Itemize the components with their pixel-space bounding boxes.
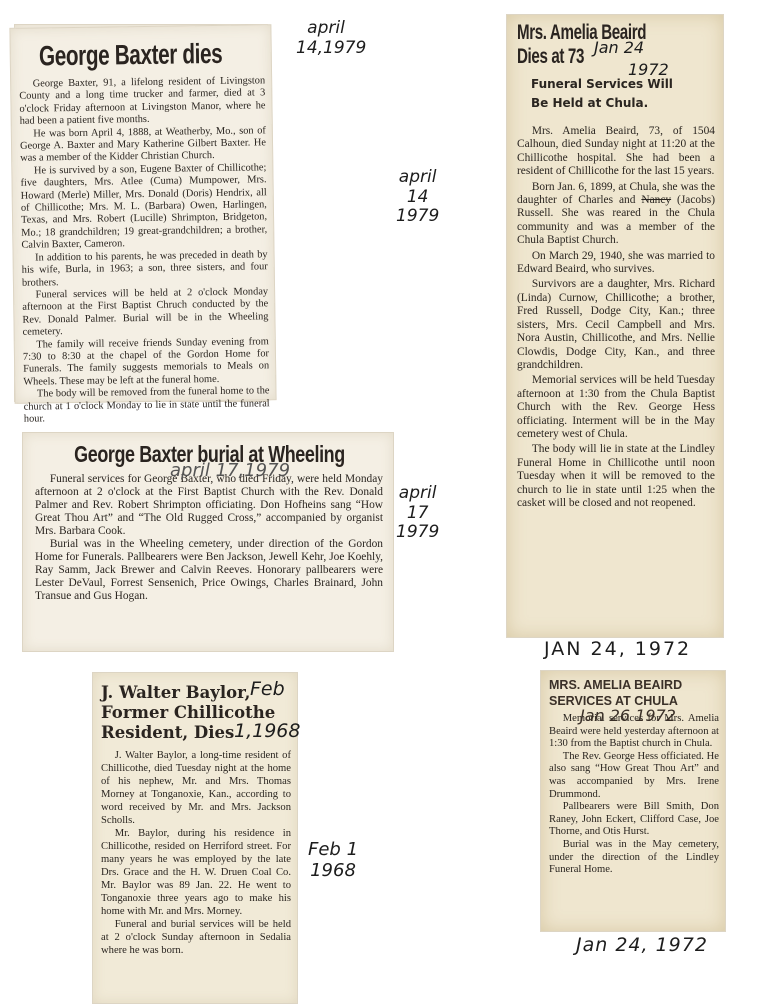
paragraph: Mrs. Amelia Beaird, 73, of 1504 Calhoun,… <box>517 125 715 179</box>
paragraph: Funeral services for George Baxter, who … <box>35 473 383 538</box>
paragraph: The body will lie in state at the Lindle… <box>517 443 715 510</box>
paragraph: The family will receive friends Sunday e… <box>23 336 270 389</box>
beaird-dies-clipping: Mrs. Amelia Beaird Dies at 73 Funeral Se… <box>506 14 724 638</box>
baylor-handwritten-date-2: 1,1968 <box>234 722 300 741</box>
paragraph: George Baxter, 91, a lifelong resident o… <box>19 75 266 128</box>
beaird-dies-handwritten-date-2: 1972 <box>628 62 669 78</box>
baxter-dies-clipping: George Baxter dies George Baxter, 91, a … <box>9 24 276 404</box>
paragraph: The Rev. George Hess officiated. He also… <box>549 751 719 801</box>
baylor-body: J. Walter Baylor, a long-time resident o… <box>101 749 291 957</box>
margin-note-baxter-burial: april 17 1979 <box>396 484 439 543</box>
baxter-dies-handwritten-date: april 14,1979 <box>296 18 356 58</box>
beaird-dies-handwritten-date-1: Jan 24 <box>594 40 644 56</box>
beaird-services-handwritten-date: Jan 26 1972 <box>580 708 676 724</box>
paragraph: Burial was in the May cemetery, under th… <box>549 839 719 877</box>
paragraph: Mr. Baylor, during his residence in Chil… <box>101 827 291 918</box>
paragraph: Born Jan. 6, 1899, at Chula, she was the… <box>517 181 715 248</box>
paragraph: He was born April 4, 1888, at Weatherby,… <box>20 125 266 166</box>
paragraph: He is survived by a son, Eugene Baxter o… <box>20 162 267 252</box>
baxter-dies-body: George Baxter, 91, a lifelong resident o… <box>19 75 270 426</box>
paragraph: Memorial services will be held Tuesday a… <box>517 374 715 441</box>
baylor-handwritten-date-1: Feb <box>250 680 285 699</box>
baxter-burial-handwritten-date: april 17,1979 <box>170 462 290 480</box>
beaird-dies-body: Mrs. Amelia Beaird, 73, of 1504 Calhoun,… <box>517 125 715 510</box>
baxter-burial-body: Funeral services for George Baxter, who … <box>35 473 383 603</box>
paragraph: Survivors are a daughter, Mrs. Richard (… <box>517 278 715 372</box>
struck-name: Nancy <box>641 194 671 206</box>
paragraph: J. Walter Baylor, a long-time resident o… <box>101 749 291 827</box>
margin-note-beaird-services: Jan 24, 1972 <box>576 936 708 955</box>
paragraph: The body will be removed from the funera… <box>23 385 269 426</box>
margin-note-baxter-dies: april 14 1979 <box>396 168 439 227</box>
paragraph: Burial was in the Wheeling cemetery, und… <box>35 538 383 603</box>
baxter-dies-headline: George Baxter dies <box>39 38 223 73</box>
paragraph: Funeral services will be held at 2 o'clo… <box>22 286 269 339</box>
beaird-dies-subhead: Funeral Services Will Be Held at Chula. <box>531 75 715 113</box>
paragraph: In addition to his parents, he was prece… <box>22 249 268 290</box>
paragraph: Funeral and burial services will be held… <box>101 918 291 957</box>
margin-note-baylor: Feb 1 1968 <box>308 840 358 881</box>
margin-note-beaird-dies: JAN 24, 1972 <box>544 640 691 659</box>
paragraph: On March 29, 1940, she was married to Ed… <box>517 250 715 277</box>
beaird-services-body: Memorial services for Mrs. Amelia Beaird… <box>549 713 719 877</box>
beaird-services-headline: MRS. AMELIA BEAIRD SERVICES AT CHULA <box>549 677 719 709</box>
paragraph: Pallbearers were Bill Smith, Don Raney, … <box>549 801 719 839</box>
